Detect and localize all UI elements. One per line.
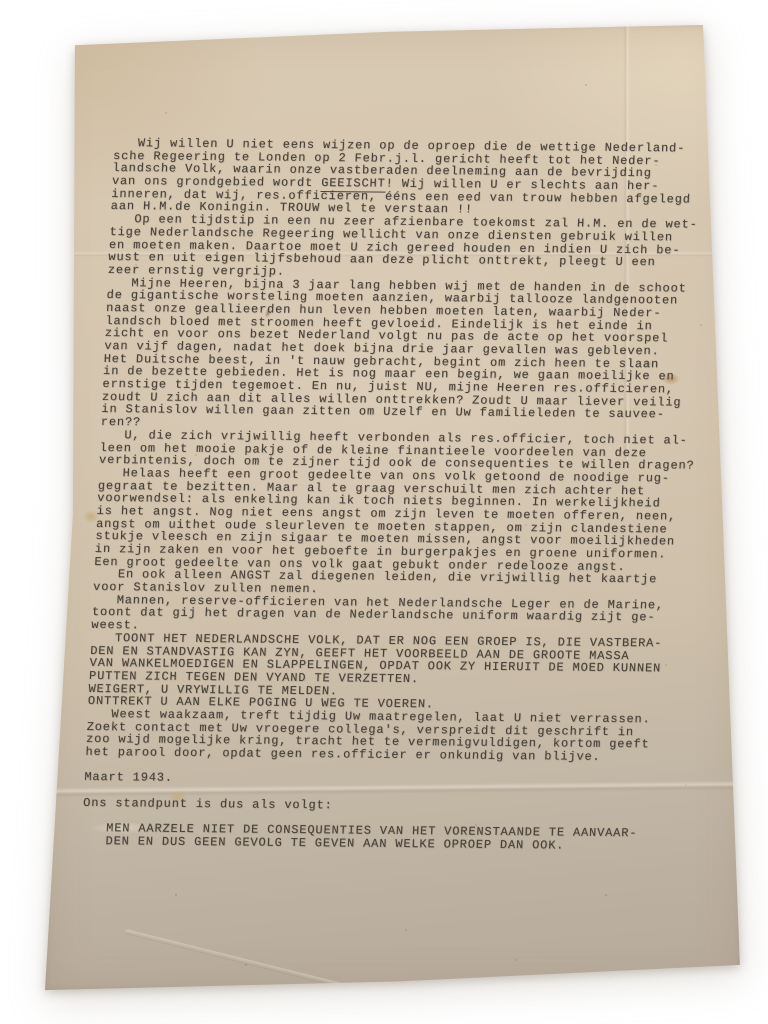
paper-sheet: Wij willen U niet eens wijzen op de opro… xyxy=(45,24,742,992)
stain-left-edge xyxy=(59,300,71,316)
letter-lines: Wij willen U niet eens wijzen op de opro… xyxy=(81,137,724,853)
paper-specks xyxy=(45,24,47,26)
paper-shadow: Wij willen U niet eens wijzen op de opro… xyxy=(45,24,742,992)
letter-text: Wij willen U niet eens wijzen op de opro… xyxy=(81,137,724,853)
photo-background: Wij willen U niet eens wijzen op de opro… xyxy=(0,0,768,1024)
